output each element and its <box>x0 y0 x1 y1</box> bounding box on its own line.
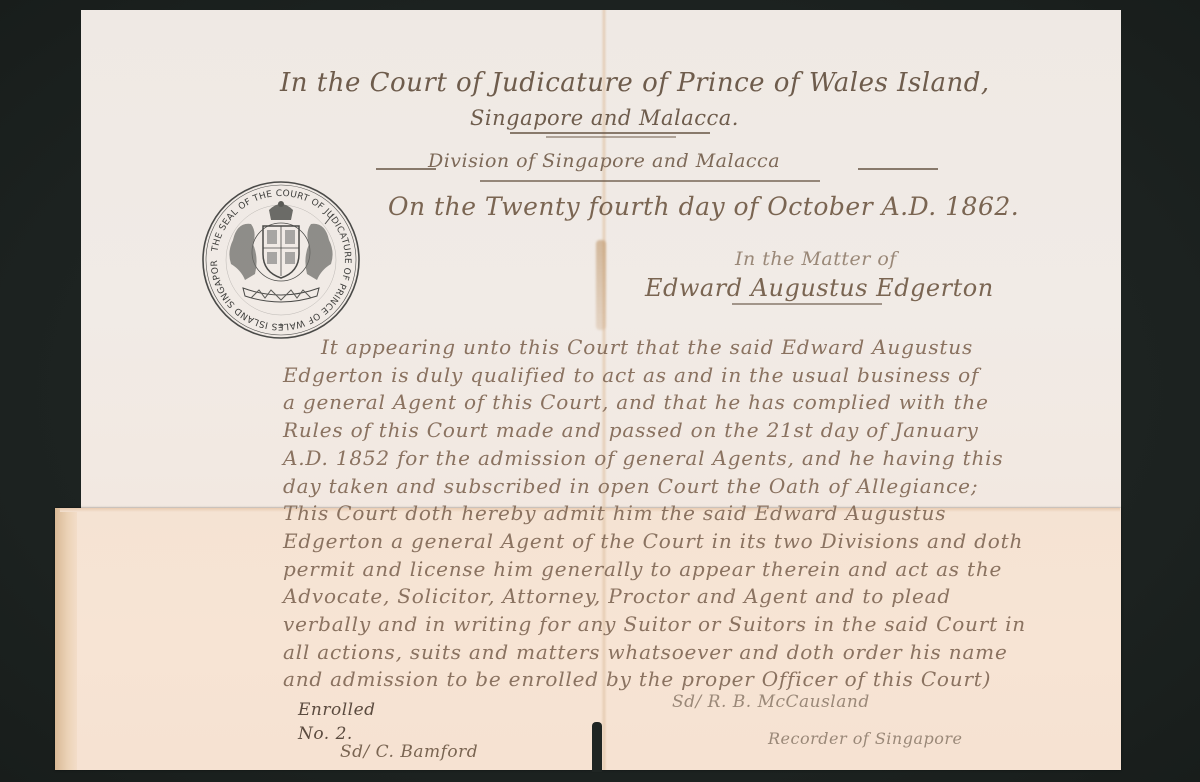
division-rule-right <box>858 168 938 170</box>
heading-underline-short <box>546 136 676 138</box>
body-line: Edgerton a general Agent of the Court in… <box>283 528 1103 556</box>
certificate-body: It appearing unto this Court that the sa… <box>283 334 1103 694</box>
svg-text:+: + <box>278 321 285 330</box>
body-line: and admission to be enrolled by the prop… <box>283 666 1103 694</box>
matter-label: In the Matter of <box>735 248 897 270</box>
division-underline <box>480 180 820 182</box>
body-line: a general Agent of this Court, and that … <box>283 389 1103 417</box>
body-line: day taken and subscribed in open Court t… <box>283 473 1103 501</box>
paper-edge-stain <box>55 508 77 770</box>
body-line: Advocate, Solicitor, Attorney, Proctor a… <box>283 583 1103 611</box>
body-line: all actions, suits and matters whatsoeve… <box>283 639 1103 667</box>
court-heading: In the Court of Judicature of Prince of … <box>280 68 990 98</box>
signature-left: Sd/ C. Bamford <box>340 742 478 762</box>
enrolled-number: No. 2. <box>298 724 353 744</box>
signature-title: Recorder of Singapore <box>768 729 963 748</box>
body-line: This Court doth hereby admit him the sai… <box>283 500 1103 528</box>
matter-name: Edward Augustus Edgerton <box>645 274 994 302</box>
seal-icon: THE SEAL OF THE COURT OF JUDICATURE OF P… <box>199 180 363 340</box>
date-line: On the Twenty fourth day of October A.D.… <box>388 192 1019 221</box>
signature-right: Sd/ R. B. McCausland <box>672 692 870 712</box>
body-line: permit and license him generally to appe… <box>283 556 1103 584</box>
body-line: A.D. 1852 for the admission of general A… <box>283 445 1103 473</box>
division-rule-left <box>376 168 436 170</box>
court-heading-location: Singapore and Malacca. <box>470 106 739 130</box>
body-line: It appearing unto this Court that the sa… <box>283 334 1103 362</box>
heading-underline <box>510 132 710 134</box>
fold-stain <box>596 240 606 330</box>
body-line: Rules of this Court made and passed on t… <box>283 417 1103 445</box>
paper-tear <box>592 722 602 772</box>
body-line: verbally and in writing for any Suitor o… <box>283 611 1103 639</box>
division-title: Division of Singapore and Malacca <box>428 150 780 172</box>
court-seal: THE SEAL OF THE COURT OF JUDICATURE OF P… <box>199 180 363 340</box>
body-line: Edgerton is duly qualified to act as and… <box>283 362 1103 390</box>
enrolled-label: Enrolled <box>298 700 376 720</box>
name-underline <box>732 303 882 305</box>
